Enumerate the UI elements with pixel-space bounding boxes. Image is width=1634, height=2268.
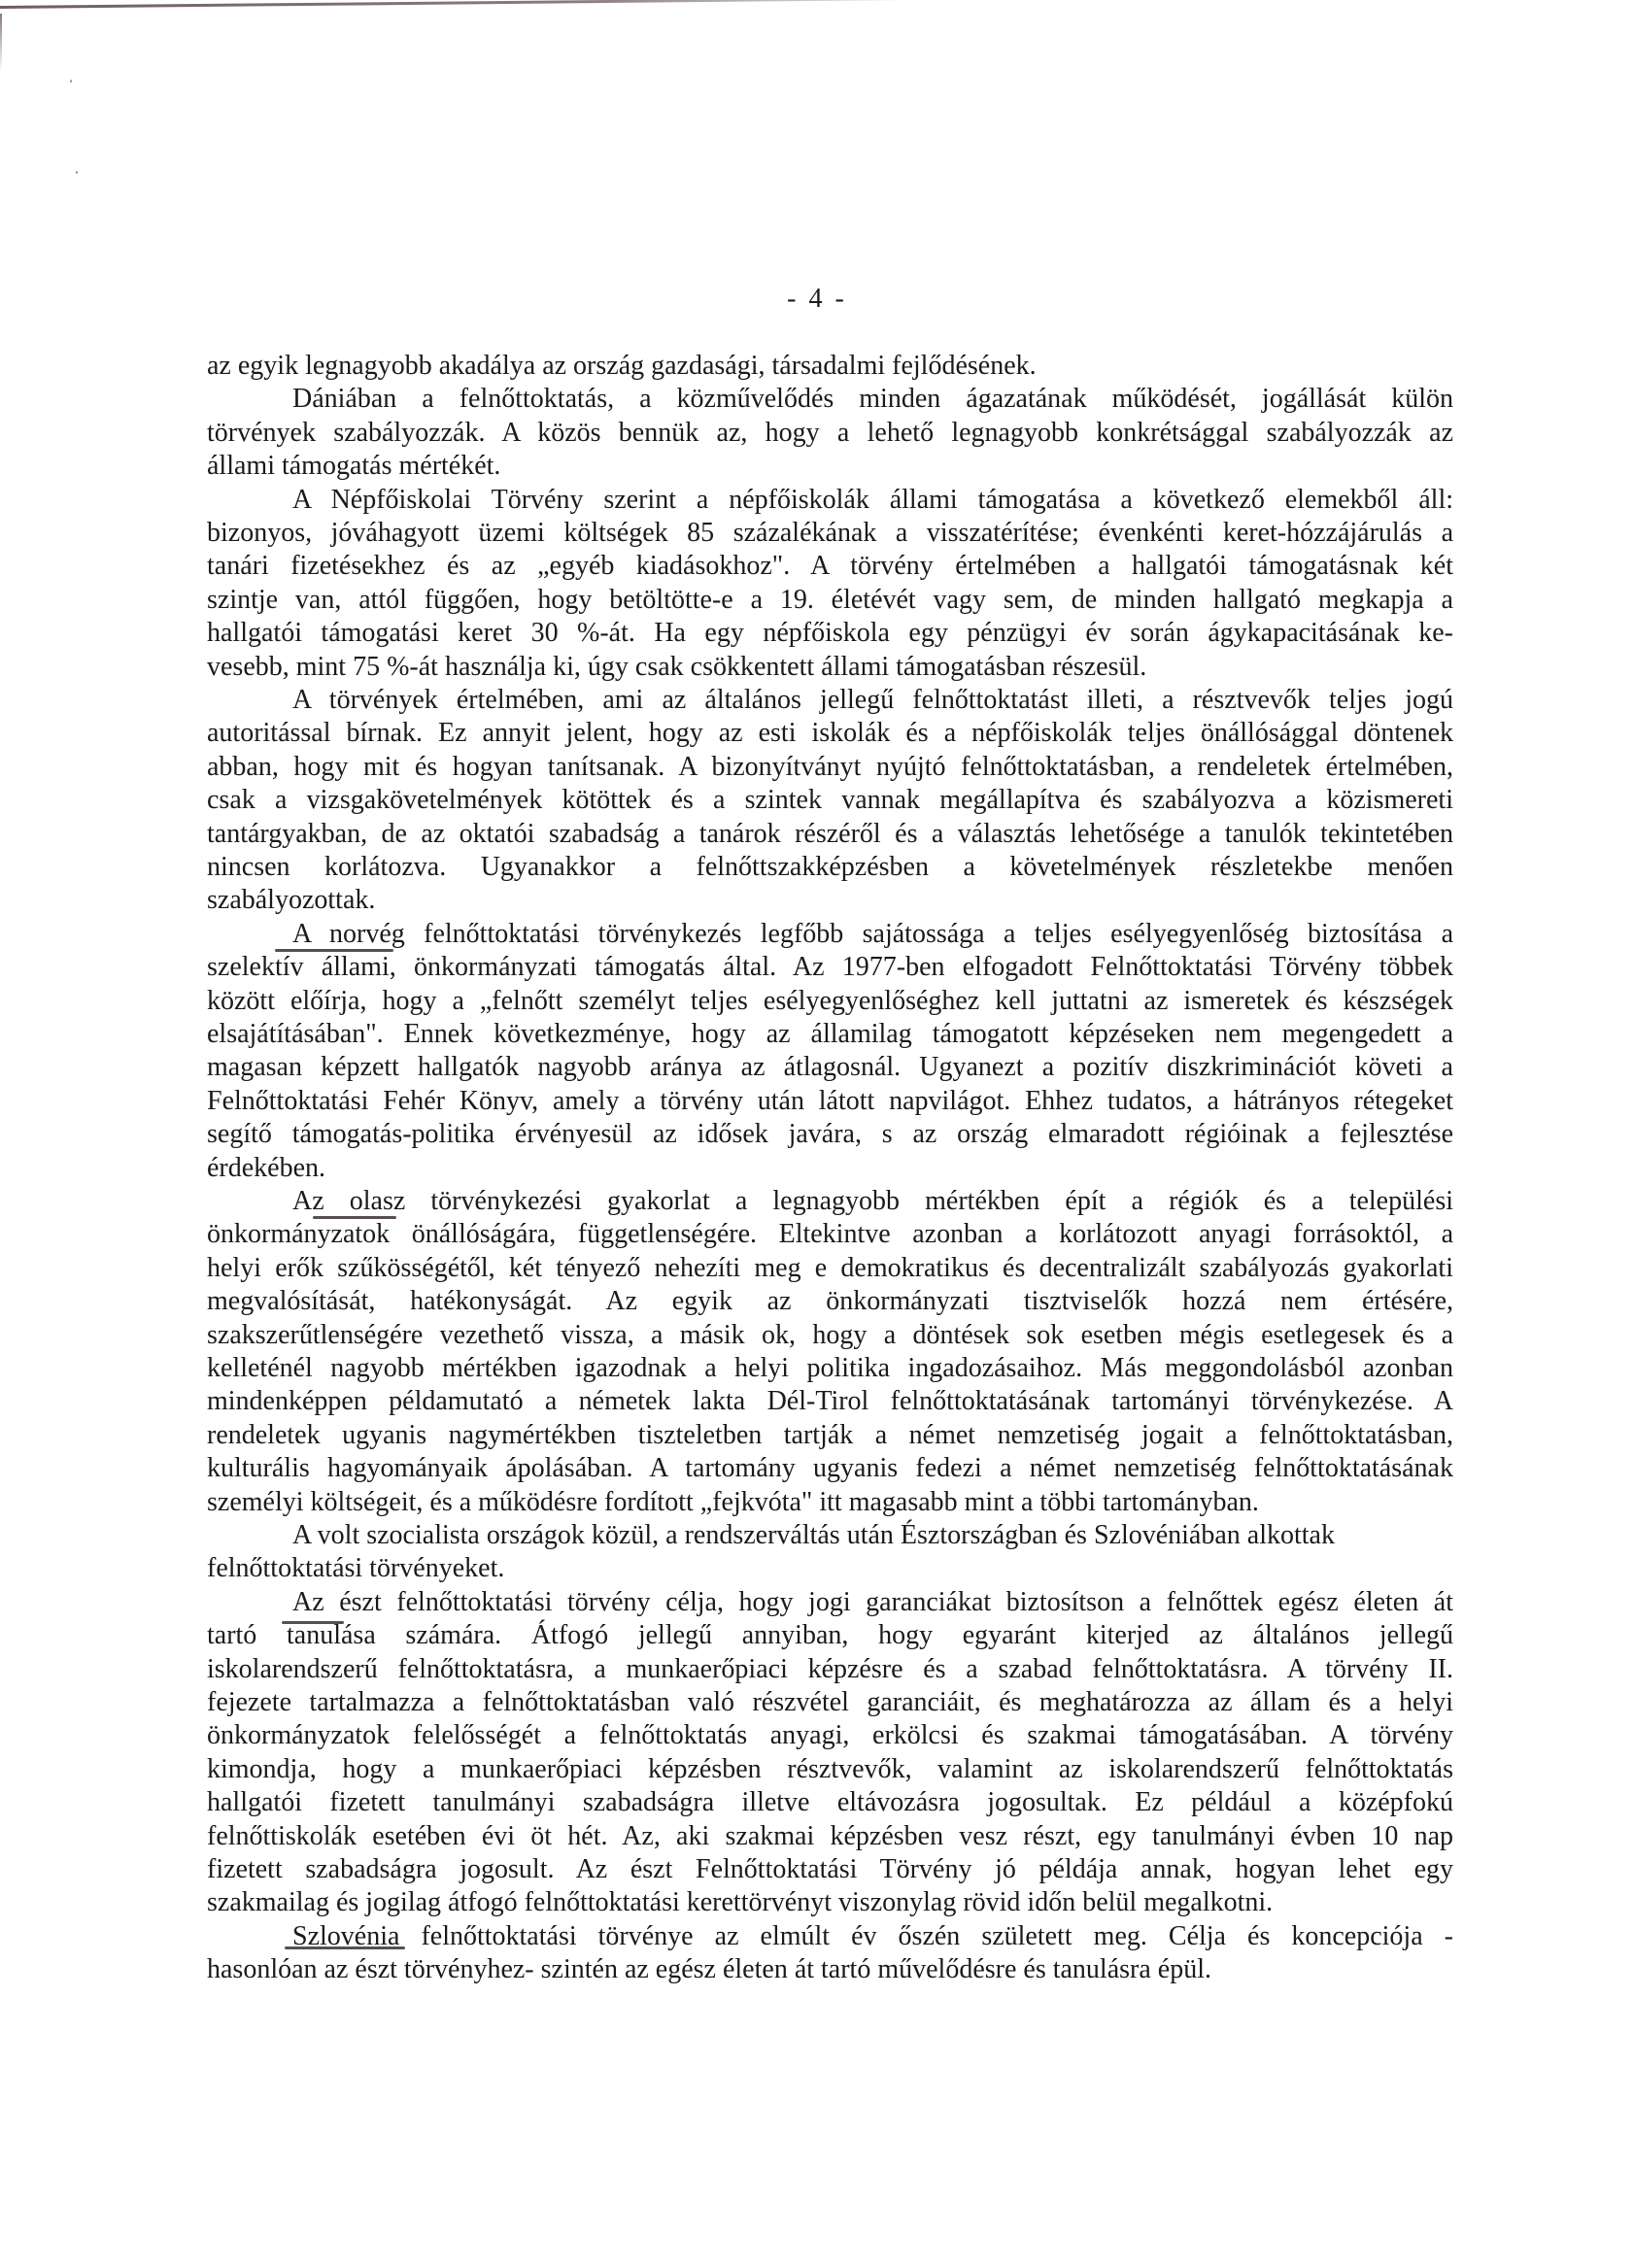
text-line: A volt szocialista országok közül, a ren…: [207, 1519, 1453, 1552]
text-line: kimondja, hogy a munkaerőpiaci képzésben…: [207, 1753, 1453, 1786]
text-line: rendeletek ugyanis nagymértékben tisztel…: [207, 1419, 1453, 1452]
underline-norveg: [275, 949, 393, 952]
text-line: szelektív állami, önkormányzati támogatá…: [207, 951, 1453, 984]
text-line: Felnőttoktatási Fehér Könyv, amely a tör…: [207, 1085, 1453, 1118]
text-line: felnőttoktatási törvényeket.: [207, 1552, 1453, 1585]
text-line: iskolarendszerű felnőttoktatásra, a munk…: [207, 1653, 1453, 1686]
text-line: segítő támogatás-politika érvényesül az …: [207, 1118, 1453, 1151]
text-line: felnőttiskolák esetében évi öt hét. Az, …: [207, 1820, 1453, 1853]
text-line: A norvég felnőttoktatási törvénykezés le…: [207, 918, 1453, 951]
text-line: megvalósítását, hatékonyságát. Az egyik …: [207, 1285, 1453, 1318]
text-line: mindenképpen példamutató a németek lakta…: [207, 1385, 1453, 1418]
text-line: szintje van, attól függően, hogy betöltö…: [207, 584, 1453, 617]
text-line: kulturális hagyományaik ápolásában. A ta…: [207, 1452, 1453, 1485]
text-line: törvények szabályozzák. A közös bennük a…: [207, 417, 1453, 450]
text-line: hallgatói támogatási keret 30 %-át. Ha e…: [207, 617, 1453, 650]
text-line: helyi erők szűkösségétől, két tényező ne…: [207, 1252, 1453, 1285]
text-line: tantárgyakban, de az oktatói szabadság a…: [207, 818, 1453, 851]
text-line: Az észt felnőttoktatási törvény célja, h…: [207, 1586, 1453, 1619]
scan-edge-top: [0, 0, 971, 9]
text-line: fizetett szabadságra jogosult. Az észt F…: [207, 1853, 1453, 1886]
text-line: hallgatói fizetett tanulmányi szabadságr…: [207, 1786, 1453, 1819]
scan-speck: [70, 80, 72, 83]
text-line: Dániában a felnőttoktatás, a közművelődé…: [207, 383, 1453, 416]
text-line: nincsen korlátozva. Ugyanakkor a felnőtt…: [207, 851, 1453, 884]
text-line: szakmailag és jogilag átfogó felnőttokta…: [207, 1886, 1453, 1919]
text-line: elsajátításában". Ennek következménye, h…: [207, 1018, 1453, 1051]
scan-speck: [76, 171, 78, 174]
text-line: Az olasz törvénykezési gyakorlat a legna…: [207, 1185, 1453, 1218]
text-line: A törvények értelmében, ami az általános…: [207, 684, 1453, 717]
scan-edge-left: [0, 14, 2, 72]
text-line: önkormányzatok felelősségét a felnőttokt…: [207, 1719, 1453, 1752]
text-line: A Népfőiskolai Törvény szerint a népfőis…: [207, 484, 1453, 517]
text-line: tanári fizetésekhez és az „egyéb kiadáso…: [207, 550, 1453, 583]
text-line: tartó tanulása számára. Átfogó jellegű a…: [207, 1619, 1453, 1652]
text-line: között előírja, hogy a „felnőtt személyt…: [207, 985, 1453, 1018]
text-line: hasonlóan az észt törvényhez- szintén az…: [207, 1953, 1453, 1986]
page-number: - 4 -: [0, 284, 1634, 315]
text-line: állami támogatás mértékét.: [207, 450, 1453, 483]
underline-olasz: [313, 1216, 396, 1219]
text-line: autoritással bírnak. Ez annyit jelent, h…: [207, 717, 1453, 750]
text-line: érdekében.: [207, 1152, 1453, 1185]
text-line: abban, hogy mit és hogyan tanítsanak. A …: [207, 751, 1453, 784]
text-line: magasan képzett hallgatók nagyobb aránya…: [207, 1051, 1453, 1084]
text-line: szabályozottak.: [207, 884, 1453, 917]
text-line: fejezete tartalmazza a felnőttoktatásban…: [207, 1686, 1453, 1719]
underline-eszt: [282, 1621, 344, 1624]
text-line: személyi költségeit, és a működésre ford…: [207, 1486, 1453, 1519]
underline-szlovenia: [285, 1946, 405, 1949]
text-line: szakszerűtlenségére vezethető vissza, a …: [207, 1319, 1453, 1352]
text-line: bizonyos, jóváhagyott üzemi költségek 85…: [207, 517, 1453, 550]
text-line: önkormányzatok önállóságára, függetlensé…: [207, 1218, 1453, 1251]
text-line: csak a vizsgakövetelmények kötöttek és a…: [207, 784, 1453, 817]
text-line: vesebb, mint 75 %-át használja ki, úgy c…: [207, 651, 1453, 684]
text-line: kelleténél nagyobb mértékben igazodnak a…: [207, 1352, 1453, 1385]
text-line: az egyik legnagyobb akadálya az ország g…: [207, 350, 1453, 383]
